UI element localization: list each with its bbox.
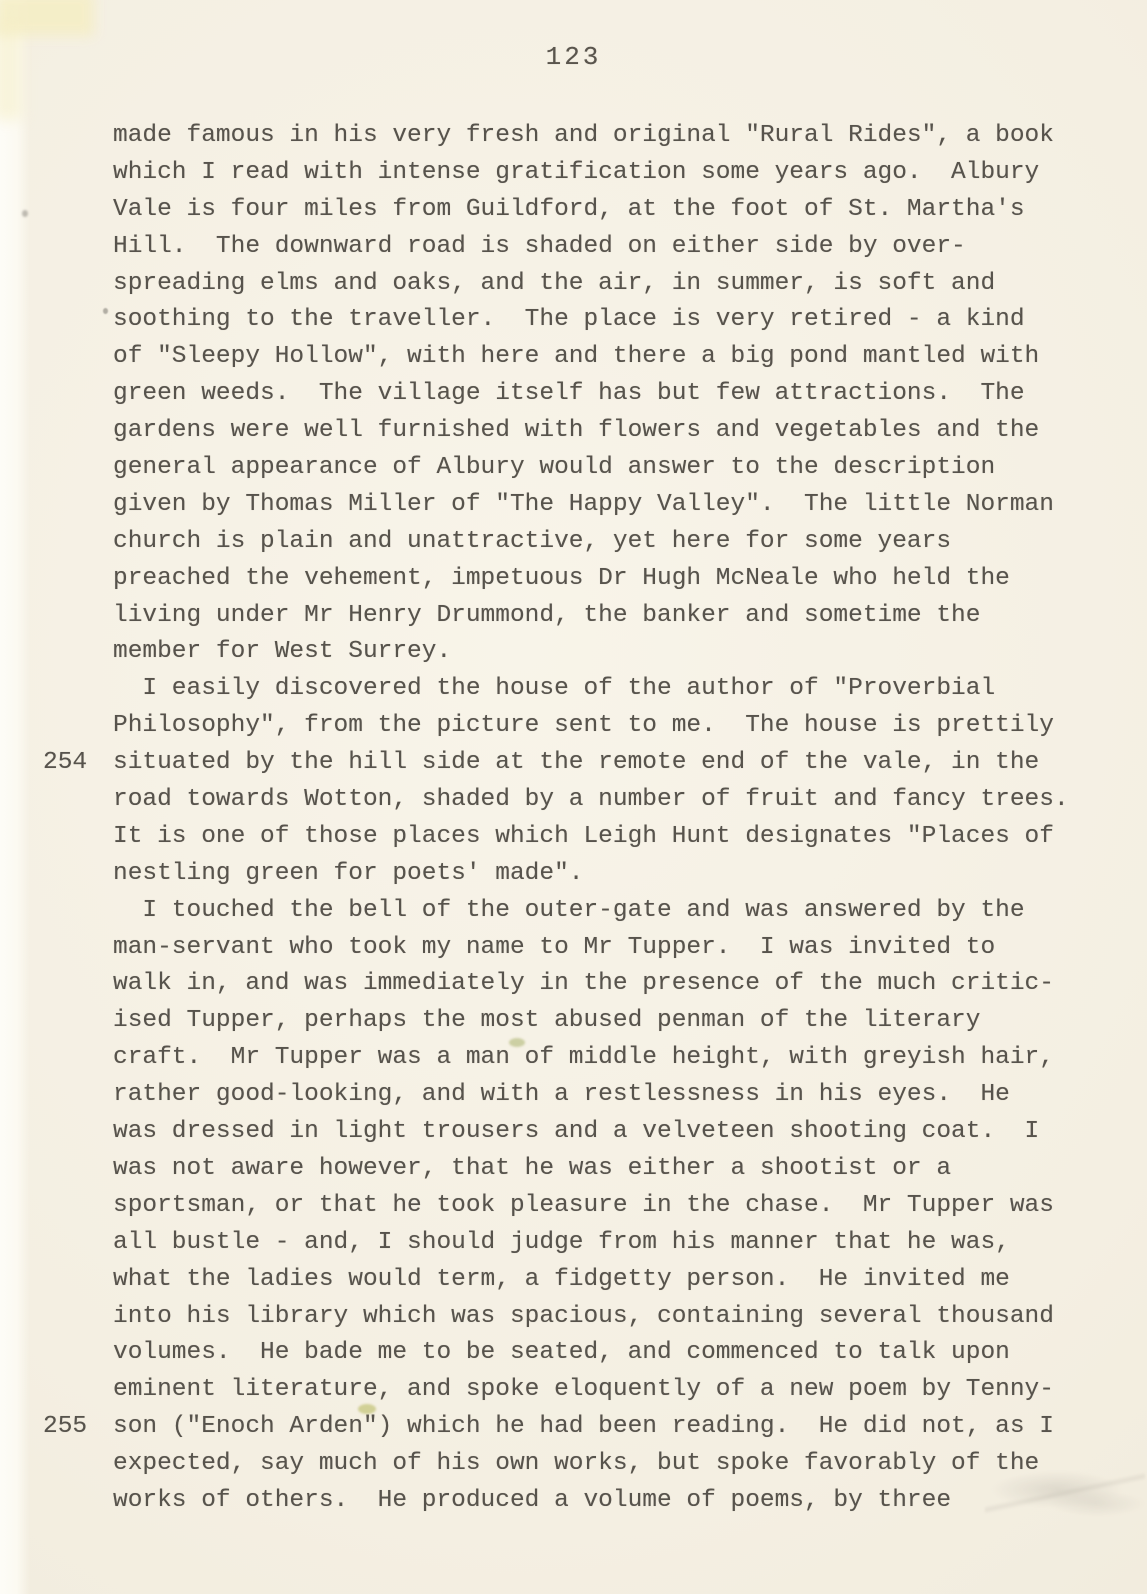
text-line: sportsman, or that he took pleasure in t… [113,1188,1069,1225]
text-line: Hill. The downward road is shaded on eit… [113,229,1069,266]
ink-smudge [358,1404,376,1414]
text-line: into his library which was spacious, con… [113,1299,1069,1336]
text-line: was dressed in light trousers and a velv… [113,1114,1069,1151]
text-line: general appearance of Albury would answe… [113,450,1069,487]
scan-edge-strip [0,0,30,1594]
text-line: which I read with intense gratification … [113,155,1069,192]
text-line: road towards Wotton, shaded by a number … [113,782,1069,819]
text-line: expected, say much of his own works, but… [113,1446,1069,1483]
ink-smudge [509,1038,525,1047]
text-line: eminent literature, and spoke eloquently… [113,1372,1069,1409]
margin-line-number: 254 [43,745,87,782]
text-line: gardens were well furnished with flowers… [113,413,1069,450]
text-line: made famous in his very fresh and origin… [113,118,1069,155]
text-line: Vale is four miles from Guildford, at th… [113,192,1069,229]
text-line: given by Thomas Miller of "The Happy Val… [113,487,1069,524]
text-line: It is one of those places which Leigh Hu… [113,819,1069,856]
page-number: 123 [0,42,1147,72]
text-line: rather good-looking, and with a restless… [113,1077,1069,1114]
text-line: member for West Surrey. [113,634,1069,671]
text-line: all bustle - and, I should judge from hi… [113,1225,1069,1262]
text-line: preached the vehement, impetuous Dr Hugh… [113,561,1069,598]
text-line: church is plain and unattractive, yet he… [113,524,1069,561]
text-line: walk in, and was immediately in the pres… [113,966,1069,1003]
scan-speck [22,210,28,217]
text-line: I touched the bell of the outer-gate and… [113,893,1069,930]
text-line: Philosophy", from the picture sent to me… [113,708,1069,745]
text-line: what the ladies would term, a fidgetty p… [113,1262,1069,1299]
body-text: made famous in his very fresh and origin… [113,118,1069,1520]
text-line: spreading elms and oaks, and the air, in… [113,266,1069,303]
text-line: son ("Enoch Arden") which he had been re… [113,1409,1069,1446]
document-page: 123 made famous in his very fresh and or… [0,0,1147,1594]
text-line: ised Tupper, perhaps the most abused pen… [113,1003,1069,1040]
pencil-smudge [985,1458,1145,1528]
text-line: green weeds. The village itself has but … [113,376,1069,413]
text-line: living under Mr Henry Drummond, the bank… [113,598,1069,635]
text-line: of "Sleepy Hollow", with here and there … [113,339,1069,376]
text-line: works of others. He produced a volume of… [113,1483,1069,1520]
text-line: man-servant who took my name to Mr Tuppe… [113,930,1069,967]
text-line: craft. Mr Tupper was a man of middle hei… [113,1040,1069,1077]
scan-speck [103,308,108,314]
margin-line-number: 255 [43,1409,87,1446]
text-line: nestling green for poets' made". [113,856,1069,893]
text-line: volumes. He bade me to be seated, and co… [113,1335,1069,1372]
text-line: soothing to the traveller. The place is … [113,302,1069,339]
text-line: was not aware however, that he was eithe… [113,1151,1069,1188]
text-line: I easily discovered the house of the aut… [113,671,1069,708]
text-line: situated by the hill side at the remote … [113,745,1069,782]
